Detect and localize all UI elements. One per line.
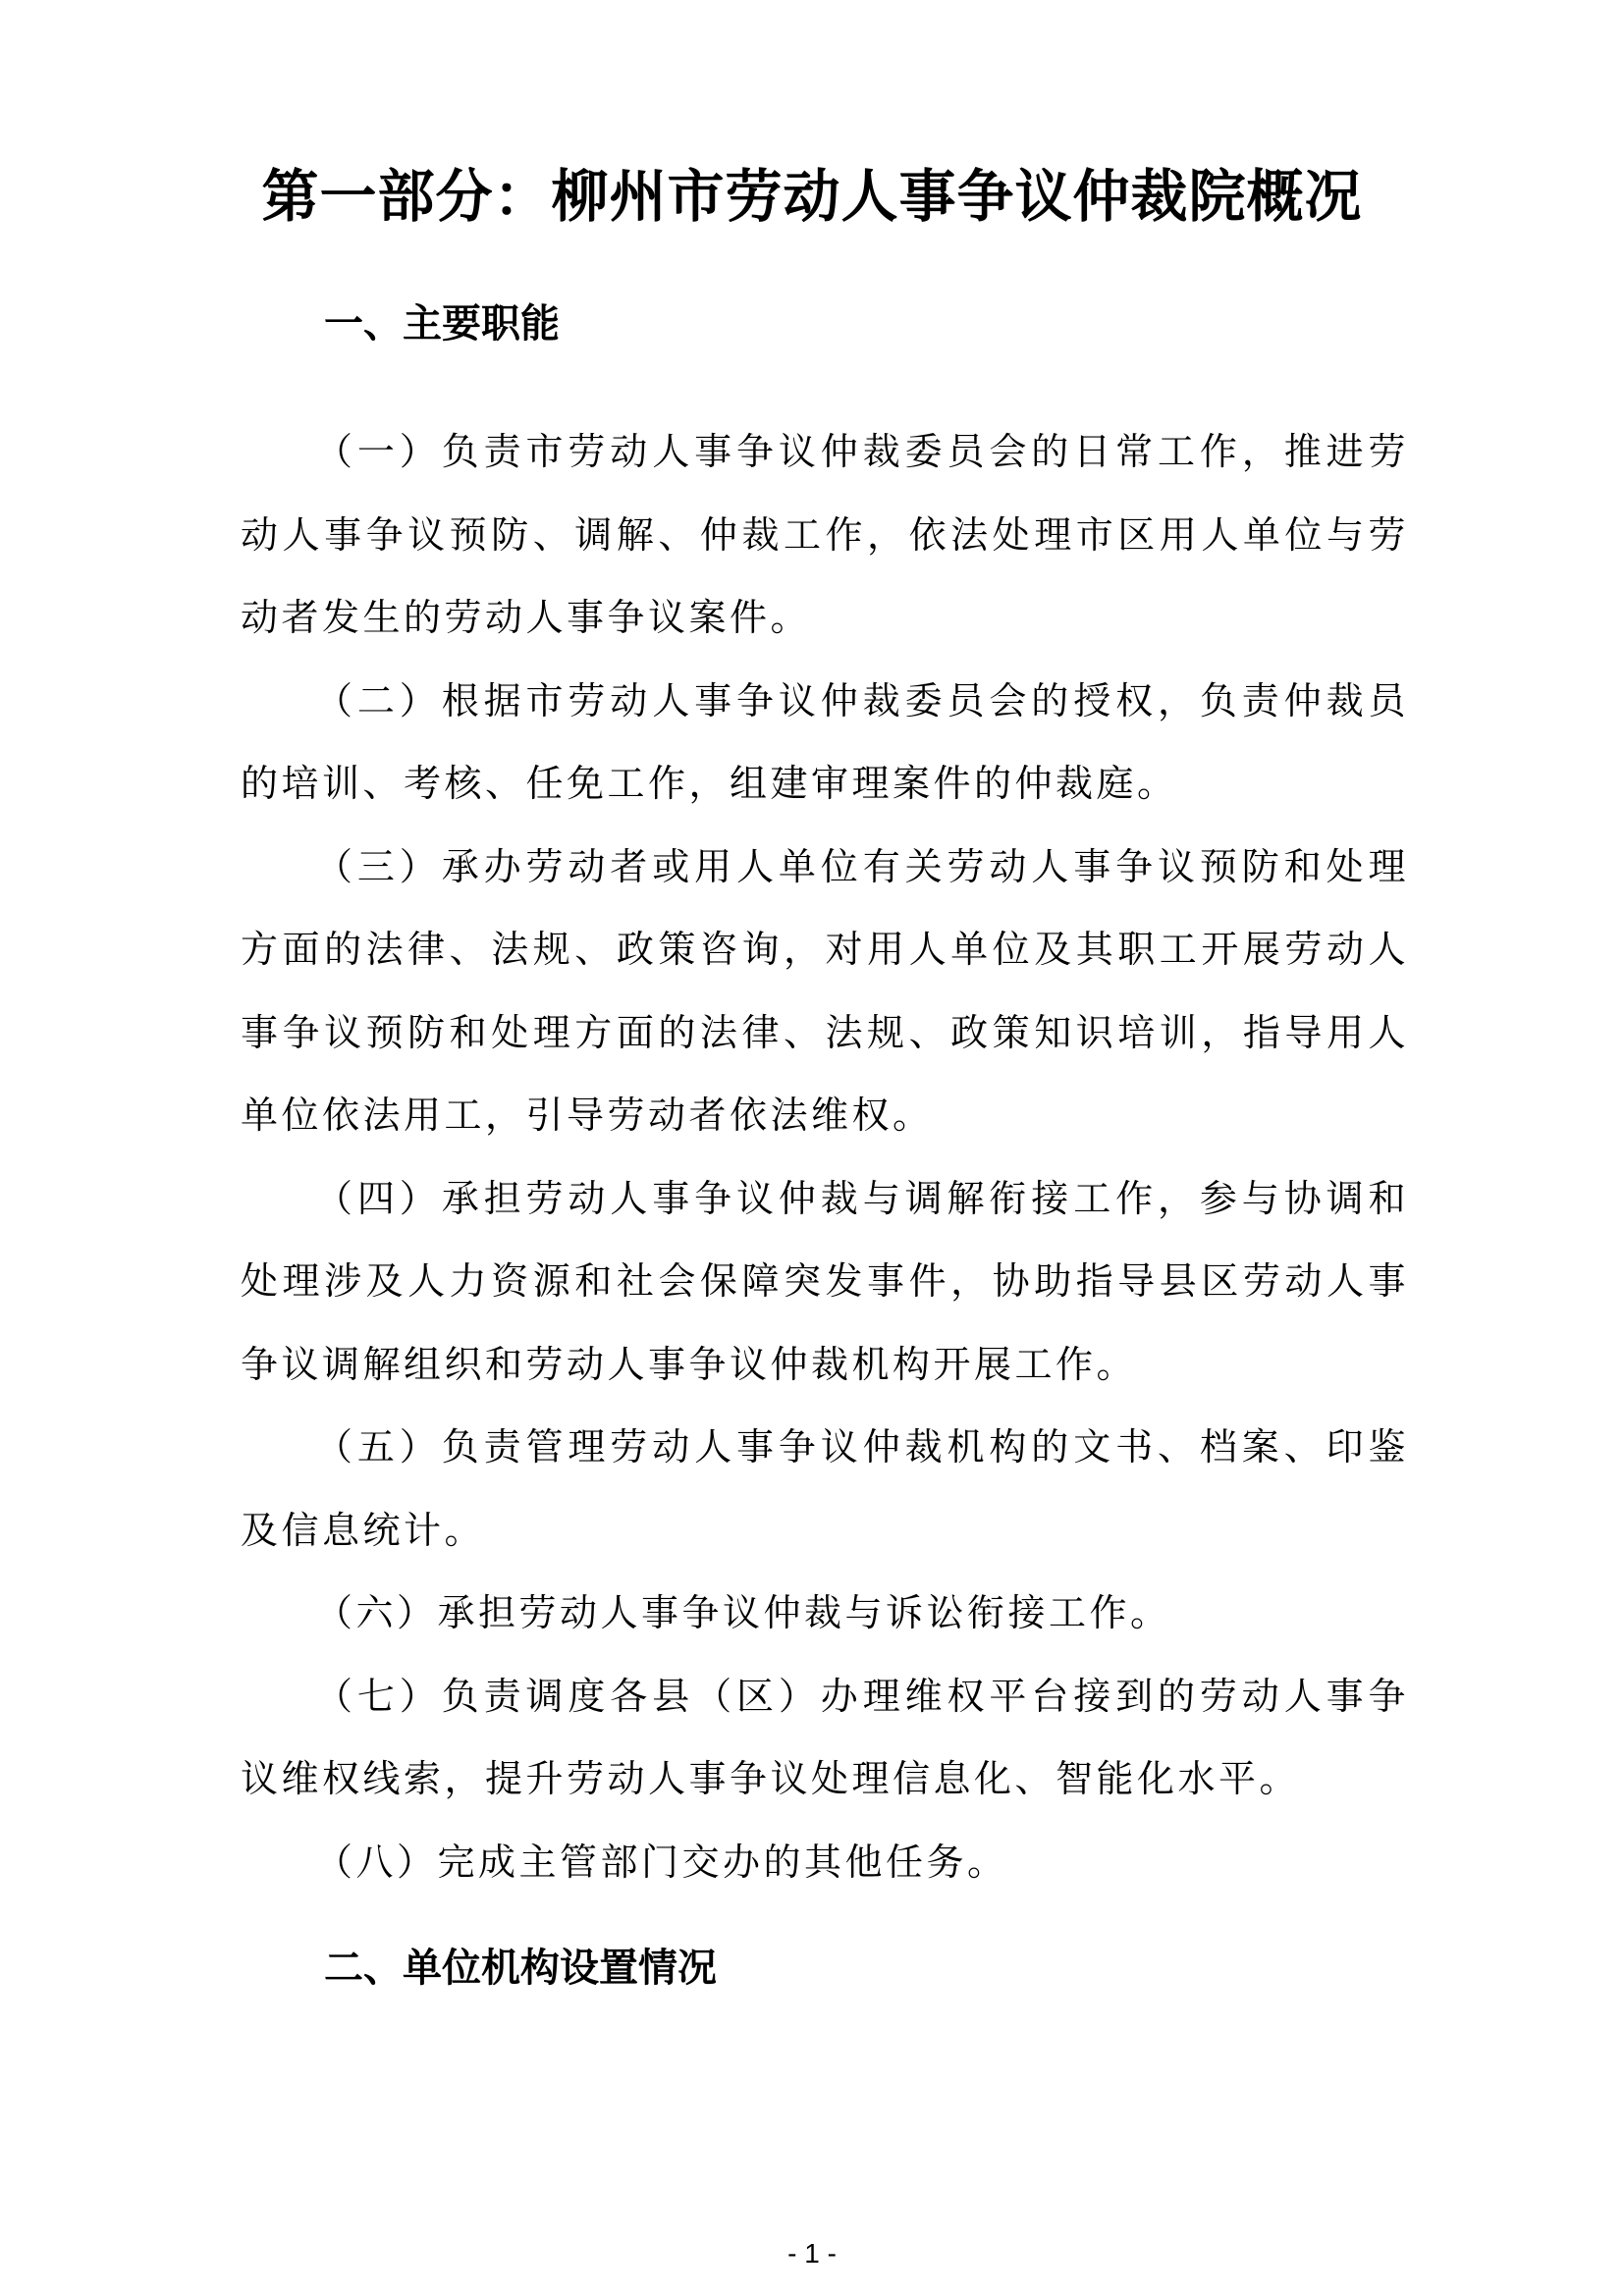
paragraph-4: （四）承担劳动人事争议仲裁与调解衔接工作，参与协调和处理涉及人力资源和社会保障突…	[241, 1157, 1409, 1407]
section-heading-main-functions: 一、主要职能	[324, 294, 560, 353]
document-page: 第一部分：柳州市劳动人事争议仲裁院概况 一、主要职能 （一）负责市劳动人事争议仲…	[0, 0, 1624, 2296]
document-title: 第一部分：柳州市劳动人事争议仲裁院概况	[0, 157, 1624, 236]
main-functions-body: （一）负责市劳动人事争议仲裁委员会的日常工作，推进劳动人事争议预防、调解、仲裁工…	[241, 410, 1409, 1903]
paragraph-7: （七）负责调度各县（区）办理维权平台接到的劳动人事争议维权线索，提升劳动人事争议…	[241, 1655, 1409, 1821]
paragraph-2: （二）根据市劳动人事争议仲裁委员会的授权，负责仲裁员的培训、考核、任免工作，组建…	[241, 660, 1409, 826]
page-number: - 1 -	[0, 2238, 1624, 2269]
paragraph-8: （八）完成主管部门交办的其他任务。	[241, 1821, 1409, 1904]
section-heading-org-structure: 二、单位机构设置情况	[324, 1939, 717, 1998]
paragraph-3: （三）承办劳动者或用人单位有关劳动人事争议预防和处理方面的法律、法规、政策咨询，…	[241, 826, 1409, 1157]
paragraph-6: （六）承担劳动人事争议仲裁与诉讼衔接工作。	[241, 1572, 1409, 1655]
paragraph-5: （五）负责管理劳动人事争议仲裁机构的文书、档案、印鉴及信息统计。	[241, 1406, 1409, 1572]
paragraph-1: （一）负责市劳动人事争议仲裁委员会的日常工作，推进劳动人事争议预防、调解、仲裁工…	[241, 410, 1409, 660]
